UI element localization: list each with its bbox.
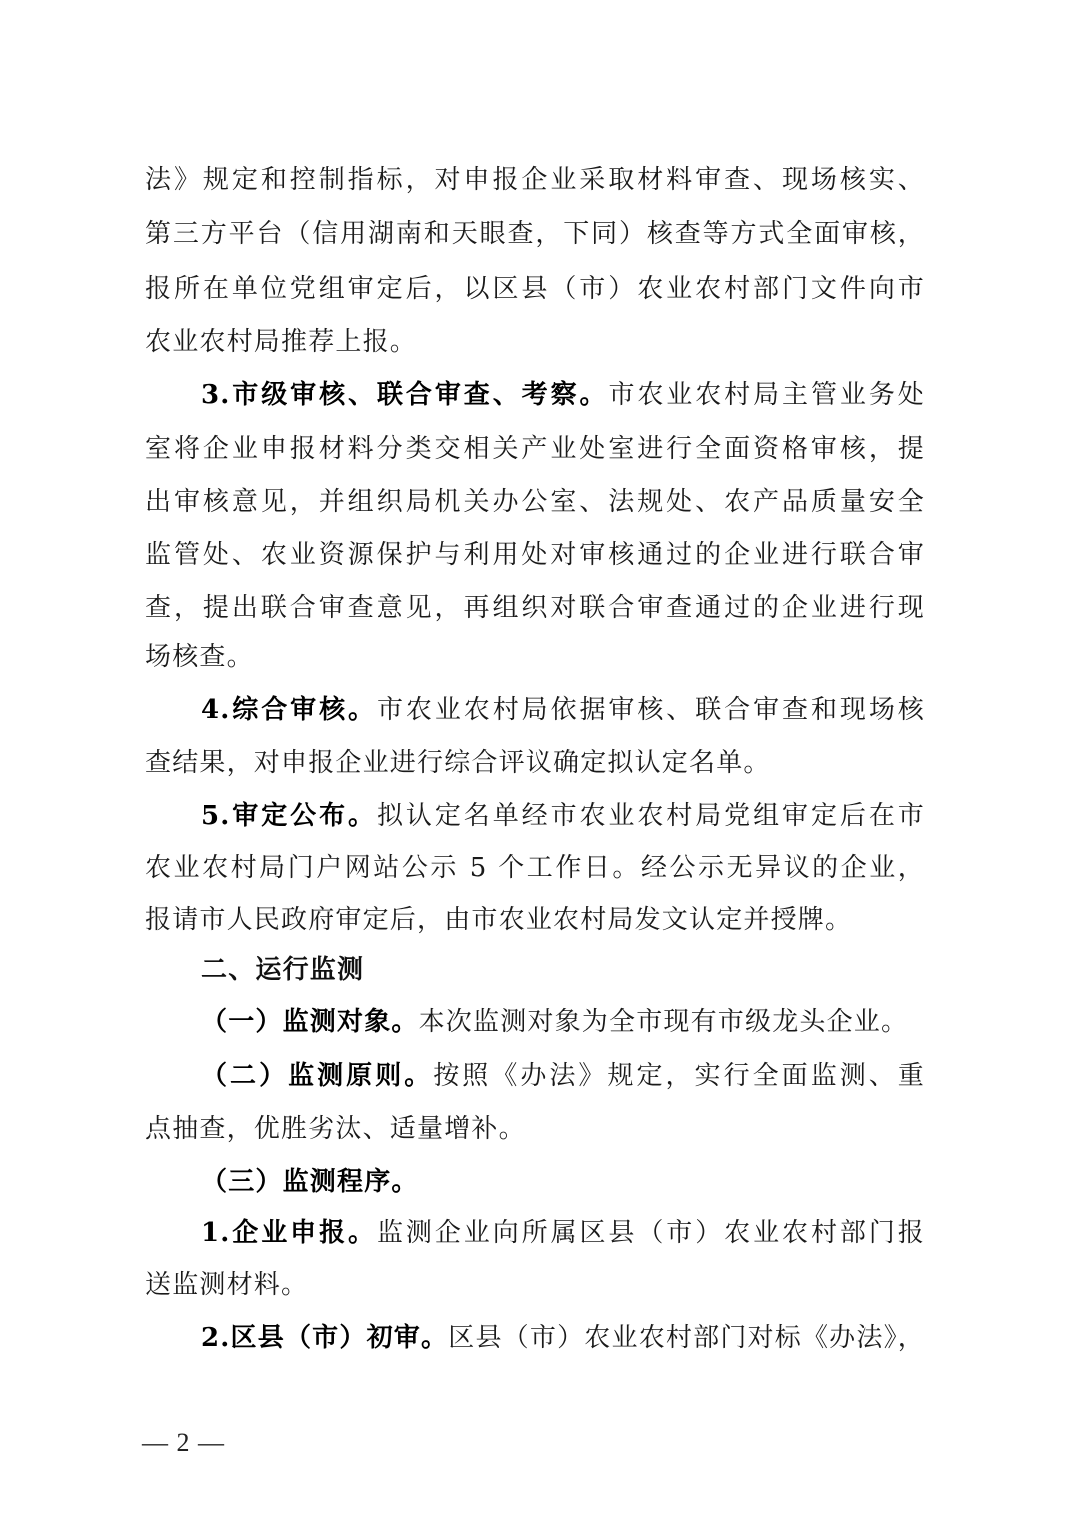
paragraph-4-first-line: 4.综合审核。市农业农村局依据审核、联合审查和现场核 <box>201 690 925 730</box>
body-text-line: 农业农村局推荐上报。 <box>145 322 925 362</box>
subsection-2-text: 按照《办法》规定，实行全面监测、重 <box>433 1061 925 1091</box>
step-2-text: 区县（市）农业农村部门对标《办法》， <box>448 1323 925 1353</box>
body-text-line: 点抽查，优胜劣汰、适量增补。 <box>145 1109 925 1149</box>
body-text-line: 农业农村局门户网站公示 5 个工作日。经公示无异议的企业， <box>145 848 925 888</box>
subsection-2-title: （二）监测原则。 <box>201 1061 433 1091</box>
paragraph-3-title: 3.市级审核、联合审查、考察。 <box>201 380 608 410</box>
section-heading: 二、运行监测 <box>201 950 925 990</box>
body-text-line: 第三方平台（信用湖南和天眼查，下同）核查等方式全面审核， <box>145 214 925 254</box>
body-text-line: 查，提出联合审查意见，再组织对联合审查通过的企业进行现 <box>145 588 925 628</box>
subsection-1-line: （一）监测对象。本次监测对象为全市现有市级龙头企业。 <box>201 1002 981 1042</box>
step-2-first-line: 2.区县（市）初审。区县（市）农业农村部门对标《办法》， <box>201 1318 925 1358</box>
body-text-line: 场核查。 <box>145 637 925 677</box>
page-number: — 2 — <box>142 1428 225 1458</box>
step-2-title: 2.区县（市）初审。 <box>201 1323 448 1353</box>
paragraph-3-first-line: 3.市级审核、联合审查、考察。市农业农村局主管业务处 <box>201 375 925 415</box>
body-text-line: 法》规定和控制指标，对申报企业采取材料审查、现场核实、 <box>145 160 925 200</box>
step-1-first-line: 1.企业申报。监测企业向所属区县（市）农业农村部门报 <box>201 1213 925 1253</box>
paragraph-3-text: 市农业农村局主管业务处 <box>608 380 925 410</box>
paragraph-5-first-line: 5.审定公布。拟认定名单经市农业农村局党组审定后在市 <box>201 796 925 836</box>
subsection-1-title: （一）监测对象。 <box>201 1007 419 1037</box>
body-text-line: 出审核意见，并组织局机关办公室、法规处、农产品质量安全 <box>145 482 925 522</box>
body-text-line: 监管处、农业资源保护与利用处对审核通过的企业进行联合审 <box>145 535 925 575</box>
body-text-line: 报所在单位党组审定后，以区县（市）农业农村部门文件向市 <box>145 269 925 309</box>
paragraph-5-title: 5.审定公布。 <box>201 801 377 831</box>
paragraph-5-text: 拟认定名单经市农业农村局党组审定后在市 <box>377 801 925 831</box>
document-page: 法》规定和控制指标，对申报企业采取材料审查、现场核实、 第三方平台（信用湖南和天… <box>0 0 1074 1520</box>
subsection-3-title: （三）监测程序。 <box>201 1162 925 1202</box>
subsection-1-text: 本次监测对象为全市现有市级龙头企业。 <box>419 1007 909 1037</box>
step-1-title: 1.企业申报。 <box>201 1218 377 1248</box>
paragraph-4-text: 市农业农村局依据审核、联合审查和现场核 <box>377 695 925 725</box>
body-text-line: 室将企业申报材料分类交相关产业处室进行全面资格审核，提 <box>145 429 925 469</box>
body-text-line: 查结果，对申报企业进行综合评议确定拟认定名单。 <box>145 743 925 783</box>
body-text-line: 报请市人民政府审定后，由市农业农村局发文认定并授牌。 <box>145 900 925 940</box>
subsection-2-first-line: （二）监测原则。按照《办法》规定，实行全面监测、重 <box>201 1056 925 1096</box>
body-text-line: 送监测材料。 <box>145 1265 925 1305</box>
paragraph-4-title: 4.综合审核。 <box>201 695 377 725</box>
step-1-text: 监测企业向所属区县（市）农业农村部门报 <box>377 1218 925 1248</box>
